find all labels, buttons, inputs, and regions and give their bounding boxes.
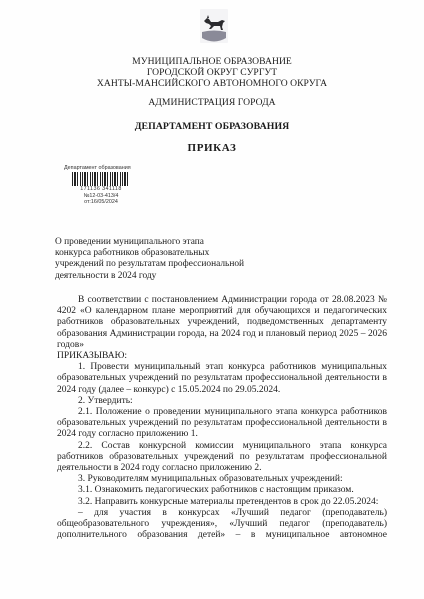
barcode-icon — [72, 172, 130, 186]
order-item-1: 1. Провести муниципальный этап конкурса … — [57, 362, 387, 396]
subject-line: учреждений по результатам профессиональн… — [55, 259, 295, 270]
subject-line: деятельности в 2024 году — [55, 271, 295, 282]
order-item-3-2: 3.2. Направить конкурсные материалы прет… — [57, 497, 387, 508]
order-item-2-1: 2.1. Положение о проведении муниципально… — [57, 407, 387, 441]
registration-date: от:16/05/2024 — [66, 199, 136, 205]
org-line: МУНИЦИПАЛЬНОЕ ОБРАЗОВАНИЕ — [0, 56, 424, 67]
order-item-3: 3. Руководителям муниципальных образоват… — [57, 474, 387, 485]
document-type-title: ПРИКАЗ — [0, 143, 424, 154]
department-title: ДЕПАРТАМЕНТ ОБРАЗОВАНИЯ — [0, 121, 424, 132]
org-line: ХАНТЫ-МАНСИЙСКОГО АВТОНОМНОГО ОКРУГА — [0, 78, 424, 89]
preamble-paragraph: В соответствии с постановлением Админист… — [57, 295, 387, 351]
order-item-2: 2. Утвердить: — [57, 396, 387, 407]
administration-title: АДМИНИСТРАЦИЯ ГОРОДА — [0, 97, 424, 108]
registration-stamp: Департамент образования 171136 341118 №1… — [66, 165, 136, 205]
order-directive-word: ПРИКАЗЫВАЮ: — [57, 351, 387, 362]
municipality-name: МУНИЦИПАЛЬНОЕ ОБРАЗОВАНИЕ ГОРОДСКОЙ ОКРУ… — [0, 56, 424, 89]
stamp-department: Департамент образования — [64, 165, 136, 171]
order-item-3-1: 3.1. Ознакомить педагогических работнико… — [57, 485, 387, 496]
order-subject: О проведении муниципального этапа конкур… — [55, 237, 295, 282]
wolf-coat-of-arms-icon — [198, 8, 230, 46]
subject-line: О проведении муниципального этапа — [55, 237, 295, 248]
order-item-2-2: 2.2. Состав конкурсной комиссии муниципа… — [57, 441, 387, 475]
org-line: ГОРОДСКОЙ ОКРУГ СУРГУТ — [0, 67, 424, 78]
order-item-3-2-bullet: – для участия в конкурсах «Лучший педаго… — [57, 508, 387, 542]
document-page: МУНИЦИПАЛЬНОЕ ОБРАЗОВАНИЕ ГОРОДСКОЙ ОКРУ… — [0, 0, 424, 599]
order-body: В соответствии с постановлением Админист… — [57, 295, 387, 541]
subject-line: конкурса работников образовательных — [55, 248, 295, 259]
